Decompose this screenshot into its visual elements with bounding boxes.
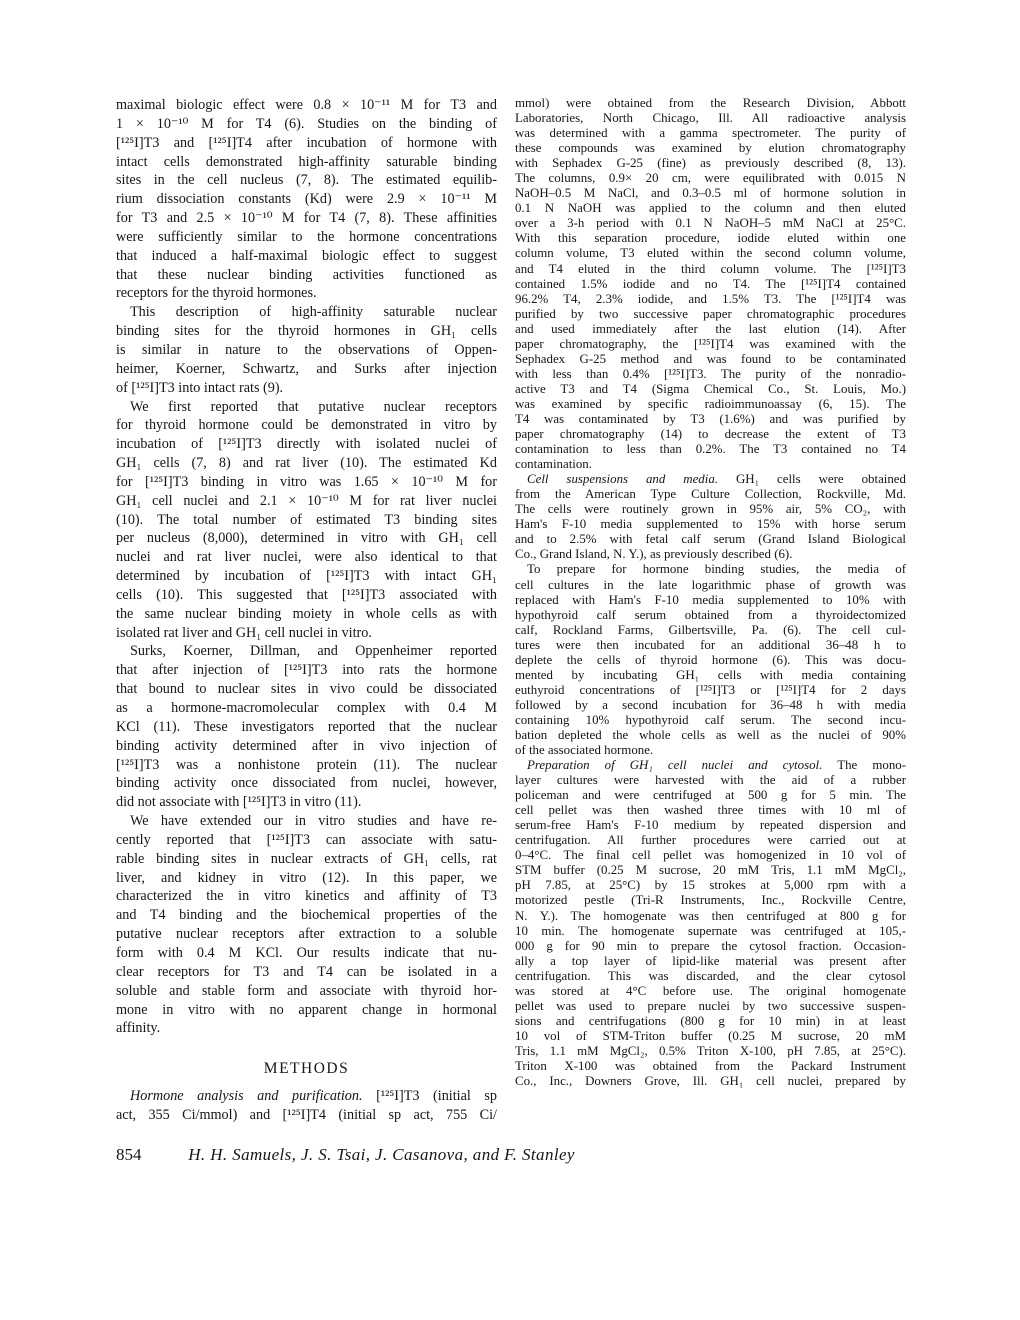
paragraph: Cell suspensions and media. GH₁ cells we…	[515, 472, 906, 562]
text-line: Hormone analysis and purification. [¹²⁵I…	[116, 1087, 497, 1106]
paragraph: Surks, Koerner, Dillman, and Oppenheimer…	[116, 642, 497, 812]
text-line: mone in vitro with no apparent change in…	[116, 1001, 497, 1020]
text-line: was determined with a gamma spectrometer…	[515, 126, 906, 141]
text-line: Triton X-100 was obtained from the Packa…	[515, 1059, 906, 1074]
text-line: paper chromatography (14) to decrease th…	[515, 427, 906, 442]
text-line: [¹²⁵I]T3 was a nonhistone protein (11). …	[116, 756, 497, 775]
text-line: cell pellet was then washed three times …	[515, 803, 906, 818]
text-line: centrifugation. This was discarded, and …	[515, 969, 906, 984]
text-line: rable binding sites in nuclear extracts …	[116, 850, 497, 869]
text-line: binding sites for the thyroid hormones i…	[116, 322, 497, 341]
page-footer: 854 H. H. Samuels, J. S. Tsai, J. Casano…	[116, 1145, 575, 1165]
text-line: were sufficiently similar to the hormone…	[116, 228, 497, 247]
text-line: these compounds was examined by elution …	[515, 141, 906, 156]
text-line: To prepare for hormone binding studies, …	[515, 562, 906, 577]
text-line: per nucleus (8,000), determined in vitro…	[116, 529, 497, 548]
text-line: Co., Grand Island, N. Y.), as previously…	[515, 547, 906, 562]
text-fragment: GH₁ cells were obtained	[736, 472, 906, 486]
text-line: sions and centrifugations (800 g for 10 …	[515, 1014, 906, 1029]
text-line: cently reported that [¹²⁵I]T3 can associ…	[116, 831, 497, 850]
text-line: pH 7.85, at 25°C) by 15 strokes at 5,000…	[515, 878, 906, 893]
text-line: isolated rat liver and GH₁ cell nuclei i…	[116, 624, 497, 643]
text-line: 0.1 N NaOH was applied to the column and…	[515, 201, 906, 216]
text-line: mmol) were obtained from the Research Di…	[515, 96, 906, 111]
run-in-heading: Preparation of GH₁ cell nuclei and cytos…	[527, 758, 822, 772]
text-line: maximal biologic effect were 0.8 × 10⁻¹¹…	[116, 96, 497, 115]
text-line: STM buffer (0.25 M sucrose, 20 mM Tris, …	[515, 863, 906, 878]
text-line: 1 × 10⁻¹⁰ M for T4 (6). Studies on the b…	[116, 115, 497, 134]
text-line: replaced with Ham's F-10 media supplemen…	[515, 593, 906, 608]
text-line: that induced a half-maximal biologic eff…	[116, 247, 497, 266]
text-line: T4 was contaminated by T3 (1.6%) and was…	[515, 412, 906, 427]
paragraph: mmol) were obtained from the Research Di…	[515, 96, 906, 472]
text-line: calf, Rockland Farms, Gilbertsville, Pa.…	[515, 623, 906, 638]
text-line: that bound to nuclear sites in vivo coul…	[116, 680, 497, 699]
text-line: determined by incubation of [¹²⁵I]T3 wit…	[116, 567, 497, 586]
text-line: layer cultures were harvested with the a…	[515, 773, 906, 788]
text-line: Ham's F-10 media supplemented to 15% wit…	[515, 517, 906, 532]
text-line: pellet was used to prepare nuclei by two…	[515, 999, 906, 1014]
paragraph: We first reported that putative nuclear …	[116, 398, 497, 643]
text-line: With this separation procedure, iodide e…	[515, 231, 906, 246]
text-line: Preparation of GH₁ cell nuclei and cytos…	[515, 758, 906, 773]
text-line: Tris, 1.1 mM MgCl₂, 0.5% Triton X-100, p…	[515, 1044, 906, 1059]
text-fragment: [¹²⁵I]T3 (initial sp	[376, 1088, 497, 1104]
text-line: intact cells demonstrated high-affinity …	[116, 153, 497, 172]
page-number: 854	[116, 1145, 156, 1165]
text-line: tures were then incubated for an additio…	[515, 638, 906, 653]
text-line: did not associate with [¹²⁵I]T3 in vitro…	[116, 793, 497, 812]
text-line: mented by incubating GH₁ cells with medi…	[515, 668, 906, 683]
text-line: column volume, T3 eluted within the seco…	[515, 246, 906, 261]
text-line: Cell suspensions and media. GH₁ cells we…	[515, 472, 906, 487]
paragraph: Hormone analysis and purification. [¹²⁵I…	[116, 1087, 497, 1125]
text-line: purified by two successive paper chromat…	[515, 307, 906, 322]
text-line: We first reported that putative nuclear …	[116, 398, 497, 417]
text-line: Laboratories, North Chicago, Ill. All ra…	[515, 111, 906, 126]
text-line: of the associated hormone.	[515, 743, 906, 758]
text-line: receptors for the thyroid hormones.	[116, 284, 497, 303]
text-line: incubation of [¹²⁵I]T3 directly with iso…	[116, 435, 497, 454]
text-line: sites in the cell nucleus (7, 8). The es…	[116, 171, 497, 190]
text-line: contained 1.5% iodide and no T4. The [¹²…	[515, 277, 906, 292]
paragraph: We have extended our in vitro studies an…	[116, 812, 497, 1038]
text-line: clear receptors for T3 and T4 can be iso…	[116, 963, 497, 982]
section-heading-methods: METHODS	[116, 1060, 497, 1079]
text-line: GH₁ cells (7, 8) and rat liver (10). The…	[116, 454, 497, 473]
text-line: The cells were routinely grown in 95% ai…	[515, 502, 906, 517]
text-line: 10 min. The homogenate supernate was cen…	[515, 924, 906, 939]
text-line: binding activity determined after in viv…	[116, 737, 497, 756]
text-line: deplete the cells of thyroid hormone (6)…	[515, 653, 906, 668]
text-line: euthyroid concentrations of [¹²⁵I]T3 or …	[515, 683, 906, 698]
left-column: maximal biologic effect were 0.8 × 10⁻¹¹…	[116, 96, 497, 1125]
text-line: heimer, Koerner, Schwartz, and Surks aft…	[116, 360, 497, 379]
text-line: that these nuclear binding activities fu…	[116, 266, 497, 285]
text-line: affinity.	[116, 1019, 497, 1038]
text-line: centrifugation. All further procedures w…	[515, 833, 906, 848]
text-line: 96.2% T4, 2.3% iodide, and 1.5% T3. The …	[515, 292, 906, 307]
text-line: 10 vol of STM-Triton buffer (0.25 M sucr…	[515, 1029, 906, 1044]
text-line: form with 0.4 M KCl. Our results indicat…	[116, 944, 497, 963]
text-line: NaOH–0.5 M NaCl, and 0.3–0.5 ml of hormo…	[515, 186, 906, 201]
text-line: motorized pestle (Tri-R Instruments, Inc…	[515, 893, 906, 908]
text-line: for [¹²⁵I]T3 binding in vitro was 1.65 ×…	[116, 473, 497, 492]
text-line: policeman and were centrifuged at 500 g …	[515, 788, 906, 803]
text-line: act, 355 Ci/mmol) and [¹²⁵I]T4 (initial …	[116, 1106, 497, 1125]
text-line: contamination to less than 0.2%. The T3 …	[515, 442, 906, 457]
text-line: The columns, 0.9× 20 cm, were equilibrat…	[515, 171, 906, 186]
text-line: that after injection of [¹²⁵I]T3 into ra…	[116, 661, 497, 680]
text-line: and used immediately after the last elut…	[515, 322, 906, 337]
text-line: hypothyroid calf serum obtained from a t…	[515, 608, 906, 623]
paragraph: To prepare for hormone binding studies, …	[515, 562, 906, 758]
text-line: 000 g for 90 min to prepare the cytosol …	[515, 939, 906, 954]
text-line: over a 3-h period with 0.1 N NaOH–5 mM N…	[515, 216, 906, 231]
text-line: 0–4°C. The final cell pellet was homogen…	[515, 848, 906, 863]
text-line: soluble and stable form and associate wi…	[116, 982, 497, 1001]
text-line: liver, and kidney in vitro (12). In this…	[116, 869, 497, 888]
run-in-heading: Cell suspensions and media.	[527, 472, 718, 486]
paragraph: Preparation of GH₁ cell nuclei and cytos…	[515, 758, 906, 1089]
text-line: was examined by specific radioimmunoassa…	[515, 397, 906, 412]
text-line: Co., Inc., Downers Grove, Ill. GH₁ cell …	[515, 1074, 906, 1089]
text-line: for thyroid hormone could be demonstrate…	[116, 416, 497, 435]
text-line: KCl (11). These investigators reported t…	[116, 718, 497, 737]
text-fragment: The mono-	[837, 758, 906, 772]
text-line: followed by a second incubation for 36–4…	[515, 698, 906, 713]
text-line: with less than 0.4% [¹²⁵I]T3. The purity…	[515, 367, 906, 382]
text-line: cell cultures in the late logarithmic ph…	[515, 578, 906, 593]
text-line: ally a top layer of lipid-like material …	[515, 954, 906, 969]
text-line: Sephadex G-25 method and was found to be…	[515, 352, 906, 367]
text-line: [¹²⁵I]T3 and [¹²⁵I]T4 after incubation o…	[116, 134, 497, 153]
text-line: cells (10). This suggested that [¹²⁵I]T3…	[116, 586, 497, 605]
text-line: paper chromatography, the [¹²⁵I]T4 was e…	[515, 337, 906, 352]
running-authors: H. H. Samuels, J. S. Tsai, J. Casanova, …	[188, 1145, 575, 1165]
text-line: containing 10% hypothyroid calf serum. T…	[515, 713, 906, 728]
text-line: rium dissociation constants (Kd) were 2.…	[116, 190, 497, 209]
text-line: characterized the in vitro kinetics and …	[116, 887, 497, 906]
text-line: binding activity once dissociated from n…	[116, 774, 497, 793]
paragraph: This description of high-affinity satura…	[116, 303, 497, 397]
paragraph: maximal biologic effect were 0.8 × 10⁻¹¹…	[116, 96, 497, 303]
text-line: contamination.	[515, 457, 906, 472]
run-in-heading: Hormone analysis and purification.	[130, 1088, 363, 1104]
text-line: Surks, Koerner, Dillman, and Oppenheimer…	[116, 642, 497, 661]
right-column: mmol) were obtained from the Research Di…	[515, 96, 906, 1089]
text-line: putative nuclear receptors after extract…	[116, 925, 497, 944]
text-line: for T3 and 2.5 × 10⁻¹⁰ M for T4 (7, 8). …	[116, 209, 497, 228]
text-line: and T4 eluted in the third column volume…	[515, 262, 906, 277]
text-line: GH₁ cell nuclei and 2.1 × 10⁻¹⁰ M for ra…	[116, 492, 497, 511]
text-line: was stored at 4°C before use. The origin…	[515, 984, 906, 999]
text-line: and T4 binding and the biochemical prope…	[116, 906, 497, 925]
text-line: bation depleted the whole cells as well …	[515, 728, 906, 743]
text-line: N. Y.). The homogenate was then centrifu…	[515, 909, 906, 924]
text-line: the same nuclear binding moiety in whole…	[116, 605, 497, 624]
text-line: We have extended our in vitro studies an…	[116, 812, 497, 831]
text-line: of [¹²⁵I]T3 into intact rats (9).	[116, 379, 497, 398]
text-line: nuclei and rat liver nuclei, were also i…	[116, 548, 497, 567]
text-line: serum-free Ham's F-10 medium by repeated…	[515, 818, 906, 833]
text-line: (10). The total number of estimated T3 b…	[116, 511, 497, 530]
text-line: active T3 and T4 (Sigma Chemical Co., St…	[515, 382, 906, 397]
text-line: and to 2.5% with fetal calf serum (Grand…	[515, 532, 906, 547]
text-line: is similar in nature to the observations…	[116, 341, 497, 360]
text-line: with Sephadex G-25 (fine) as previously …	[515, 156, 906, 171]
text-line: from the American Type Culture Collectio…	[515, 487, 906, 502]
text-line: This description of high-affinity satura…	[116, 303, 497, 322]
text-line: as a hormone-macromolecular complex with…	[116, 699, 497, 718]
